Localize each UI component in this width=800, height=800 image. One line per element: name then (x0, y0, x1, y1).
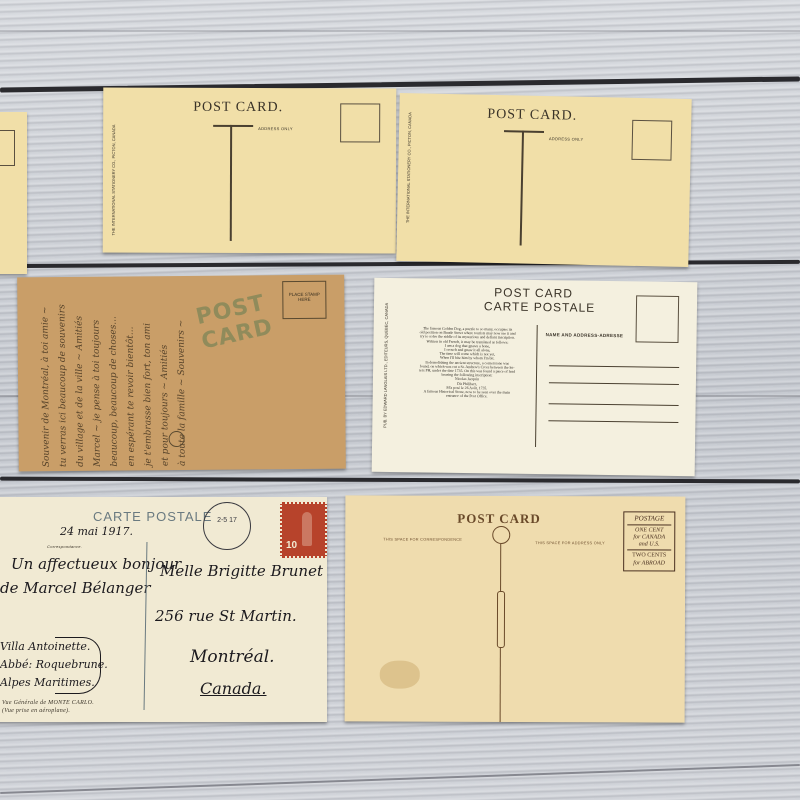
golden-dog-story: The famous Golden Dog, a puzzle to so ma… (403, 326, 532, 399)
postcard-middle-left: POST CARD PLACE STAMP HERE Souvenir de M… (17, 275, 346, 472)
card-title: CARTE POSTALE (93, 509, 212, 524)
message-line: de Marcel Bélanger (0, 579, 151, 597)
postage-rate: ONE CENT (624, 527, 674, 533)
card-title-french: CARTE POSTALE (484, 299, 595, 315)
stamp-box-label: PLACE STAMP HERE (283, 292, 325, 302)
wood-grain (0, 30, 800, 32)
address-label: THIS SPACE FOR ADDRESS ONLY (535, 541, 605, 545)
sower-figure (302, 512, 312, 546)
postmark-circle (169, 431, 185, 447)
postcard-partial-left (0, 112, 27, 274)
divider (504, 130, 544, 132)
address-line (549, 403, 679, 406)
card-title: POST CARD. (193, 100, 283, 116)
address-label: ADDRESS ONLY (258, 126, 293, 131)
stamp-box (340, 103, 380, 142)
stamp-value: 10 (286, 540, 297, 551)
postage-rate: and U.S. (624, 541, 674, 547)
return-address-bracket (55, 637, 101, 694)
address-line (548, 420, 678, 423)
recipient-line: Montréal. (190, 647, 275, 667)
recipient-line: Canada. (200, 679, 267, 698)
card-title: POST CARD. (487, 107, 577, 125)
emblem (492, 526, 510, 544)
caption-line: Vue Générale de MONTE CARLO. (2, 700, 94, 706)
postage-label: POSTAGE (624, 514, 674, 522)
postcard-top-middle: POST CARD. ADDRESS ONLY THE INTERNATIONA… (103, 87, 397, 253)
date: 24 mai 1917. (60, 525, 133, 538)
divider (230, 125, 232, 241)
postage-rate: for ABROAD (624, 560, 674, 566)
divider (535, 325, 538, 447)
message-line: Un affectueux bonjour (11, 555, 181, 573)
caption-line: (Vue prise en aéroplane). (2, 708, 70, 714)
postage-rate: for CANADA (624, 534, 674, 540)
address-label: NAME AND ADDRESS-ADRESSE (546, 332, 624, 338)
postcard-bottom-right: POST CARD THIS SPACE FOR CORRESPONDENCE … (345, 495, 686, 722)
address-line (549, 365, 679, 368)
side-imprint: THE INTERNATIONAL STATIONERY CO., PICTON… (111, 125, 116, 236)
side-imprint: PUB. BY EDWARD LANGLAIS LTD., EDITEURS, … (382, 303, 389, 428)
address-label: ADDRESS ONLY (549, 136, 584, 142)
postcard-middle-right: POST CARD CARTE POSTALE NAME AND ADDRESS… (372, 278, 698, 476)
card-title: POST CARD (457, 511, 541, 527)
stain (380, 661, 420, 689)
story-line: entrance of the Post Office. (403, 393, 531, 399)
side-imprint: THE INTERNATIONAL STATIONERY CO., PICTON… (405, 112, 412, 223)
divider (627, 524, 671, 525)
postcard-top-right: POST CARD. ADDRESS ONLY THE INTERNATIONA… (396, 93, 691, 267)
postage-rate: TWO CENTS (624, 552, 674, 558)
recipient-line: 256 rue St Martin. (155, 607, 297, 625)
postage-box: POSTAGE ONE CENT for CANADA and U.S. TWO… (623, 511, 675, 571)
divider (627, 549, 671, 550)
divider (213, 125, 253, 127)
correspondence-label: THIS SPACE FOR CORRESPONDENCE (383, 538, 462, 542)
correspondence-label: Correspondance. (47, 544, 82, 549)
postcard-bottom-left: CARTE POSTALE 24 mai 1917. Correspondanc… (0, 497, 327, 722)
stamp: 10 (280, 502, 327, 558)
postmark-date: 2-5 17 (204, 517, 250, 524)
recipient-line: Melle Brigitte Brunet (160, 562, 323, 580)
stamp-box (631, 120, 672, 161)
printed-in-canada-label (497, 591, 505, 648)
card-title-english: POST CARD (494, 285, 573, 300)
stamp-box (635, 295, 679, 343)
stamp-box: PLACE STAMP HERE (282, 281, 326, 319)
address-line (549, 382, 679, 385)
postmark: 2-5 17 (203, 502, 251, 550)
stamp-box (0, 130, 15, 166)
divider (520, 131, 524, 246)
